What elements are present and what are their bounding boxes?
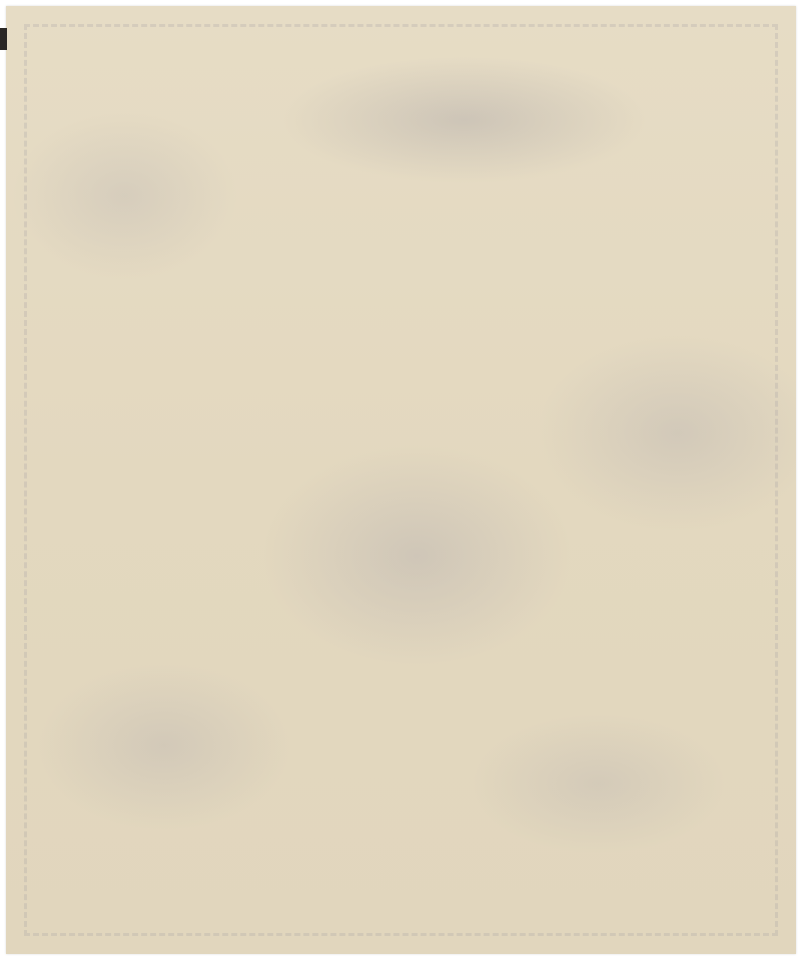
rug xyxy=(6,6,796,954)
rug-border-pattern xyxy=(24,24,778,936)
rug-label-tag xyxy=(0,28,7,50)
